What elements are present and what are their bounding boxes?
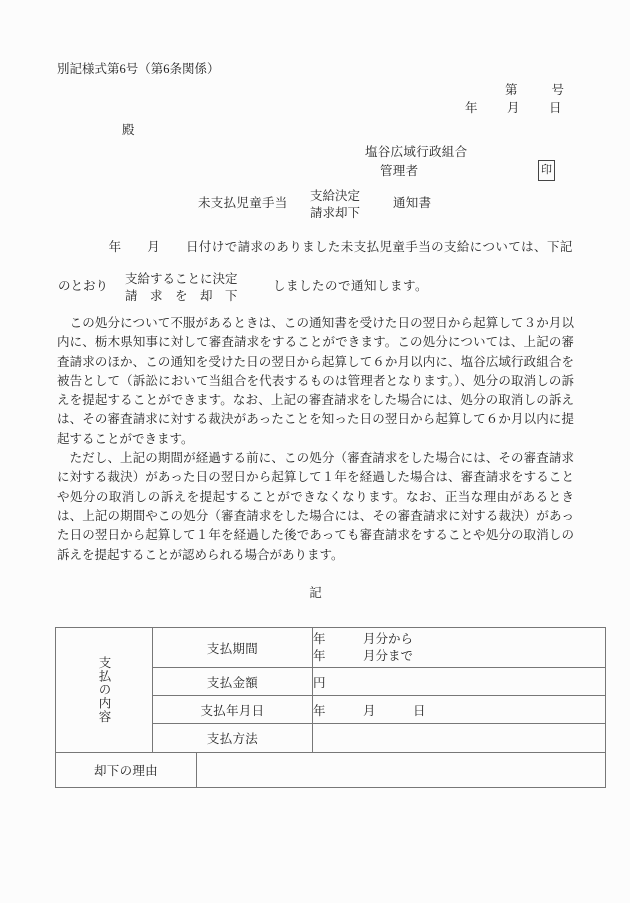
table-row-rejection-reason: 却下の理由 bbox=[56, 753, 606, 788]
opening-suffix: しましたので通知します。 bbox=[273, 280, 428, 293]
document-title-right: 通知書 bbox=[393, 197, 431, 210]
payment-group-label: 支払の内容 bbox=[88, 656, 120, 724]
payment-period-from: 年 月分から bbox=[313, 632, 413, 646]
addressee-honorific: 殿 bbox=[122, 124, 135, 137]
payment-period-value: 年 月分から年 月分まで bbox=[313, 628, 606, 668]
payment-details-table: 支払の内容 支払期間 年 月分から年 月分まで 支払金額 円 支払年月日 年 月… bbox=[55, 627, 606, 788]
limitation-paragraph: ただし、上記の期間が経過する前に、この処分（審査請求をした場合には、その審査請求… bbox=[57, 449, 574, 565]
issuer-title: 管理者 bbox=[380, 165, 418, 178]
payment-method-label: 支払方法 bbox=[153, 724, 313, 753]
document-number: 第 号 bbox=[505, 84, 567, 97]
payment-period-label: 支払期間 bbox=[153, 628, 313, 668]
opening-choice-top: 支給することに決定 bbox=[125, 272, 238, 286]
form-number: 別記様式第6号（第6条関係） bbox=[57, 63, 220, 76]
body-text: この処分について不服があるときは、この通知書を受けた日の翌日から起算して３か月以… bbox=[57, 314, 574, 565]
appeal-paragraph: この処分について不服があるときは、この通知書を受けた日の翌日から起算して３か月以… bbox=[57, 314, 574, 449]
document-title-left: 未支払児童手当 bbox=[198, 197, 288, 210]
payment-method-value bbox=[313, 724, 606, 753]
seal-label: 印 bbox=[541, 164, 552, 176]
title-choice-top: 支給決定 bbox=[310, 189, 360, 203]
payment-period-to: 年 月分まで bbox=[313, 649, 413, 663]
table-row-payment-period: 支払の内容 支払期間 年 月分から年 月分まで bbox=[56, 628, 606, 668]
rejection-reason-value bbox=[197, 753, 606, 788]
issue-date: 年 月 日 bbox=[465, 102, 563, 115]
payment-date-label: 支払年月日 bbox=[153, 696, 313, 724]
opening-prefix: のとおり bbox=[58, 280, 108, 293]
opening-line: 年 月 日付けで請求のありました未支払児童手当の支給については、下記 bbox=[57, 241, 573, 254]
title-choice-bottom: 請求却下 bbox=[310, 206, 360, 220]
payment-amount-label: 支払金額 bbox=[153, 668, 313, 696]
notification-document: 別記様式第6号（第6条関係） 第 号 年 月 日 殿 塩谷広域行政組合 管理者 … bbox=[0, 0, 630, 903]
seal-box: 印 bbox=[538, 160, 555, 181]
payment-group-label-cell: 支払の内容 bbox=[56, 628, 153, 753]
opening-choice-bottom: 請 求 を 却 下 bbox=[125, 289, 238, 303]
rejection-reason-label: 却下の理由 bbox=[56, 753, 197, 788]
document-title-choice: 支給決定請求却下 bbox=[310, 188, 360, 222]
payment-amount-value: 円 bbox=[313, 668, 606, 696]
section-marker: 記 bbox=[57, 587, 574, 600]
issuer-organization: 塩谷広域行政組合 bbox=[365, 146, 467, 159]
opening-choice: 支給することに決定請 求 を 却 下 bbox=[125, 271, 238, 304]
payment-date-value: 年 月 日 bbox=[313, 696, 606, 724]
